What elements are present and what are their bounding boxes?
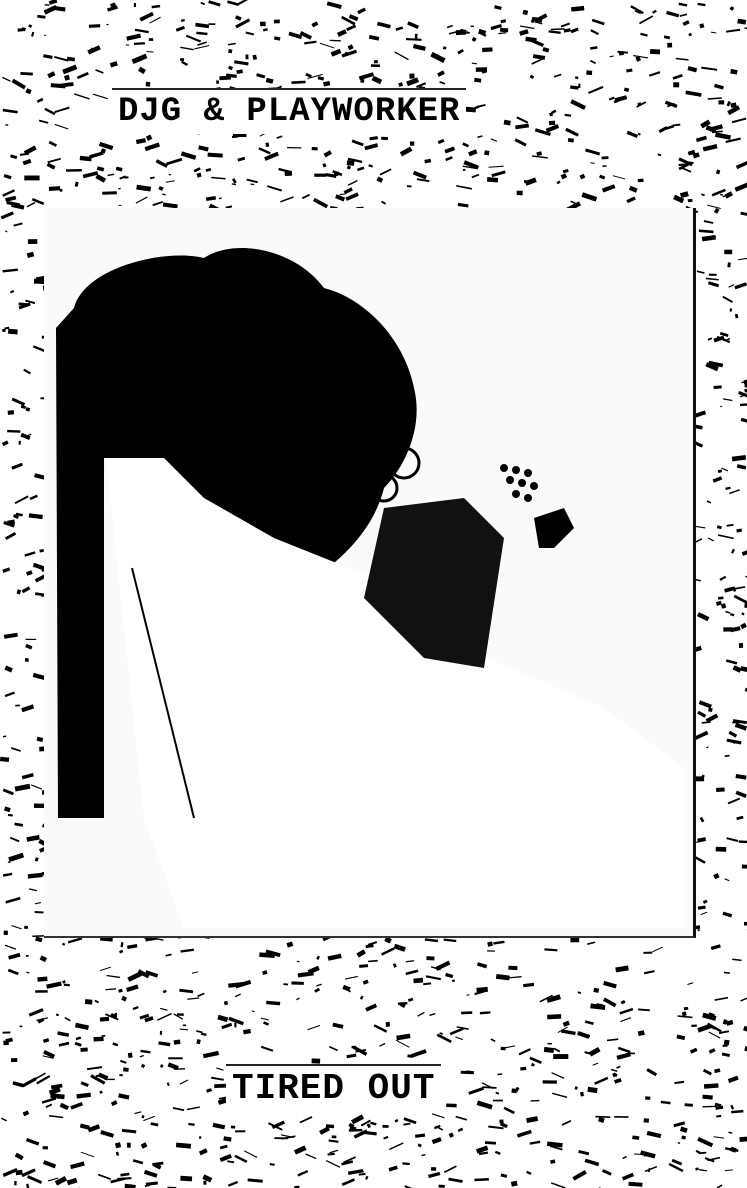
artist-title: DJG & PLAYWORKER — [112, 88, 466, 134]
cover-photo — [44, 208, 696, 938]
album-title: TIRED OUT — [226, 1064, 441, 1112]
